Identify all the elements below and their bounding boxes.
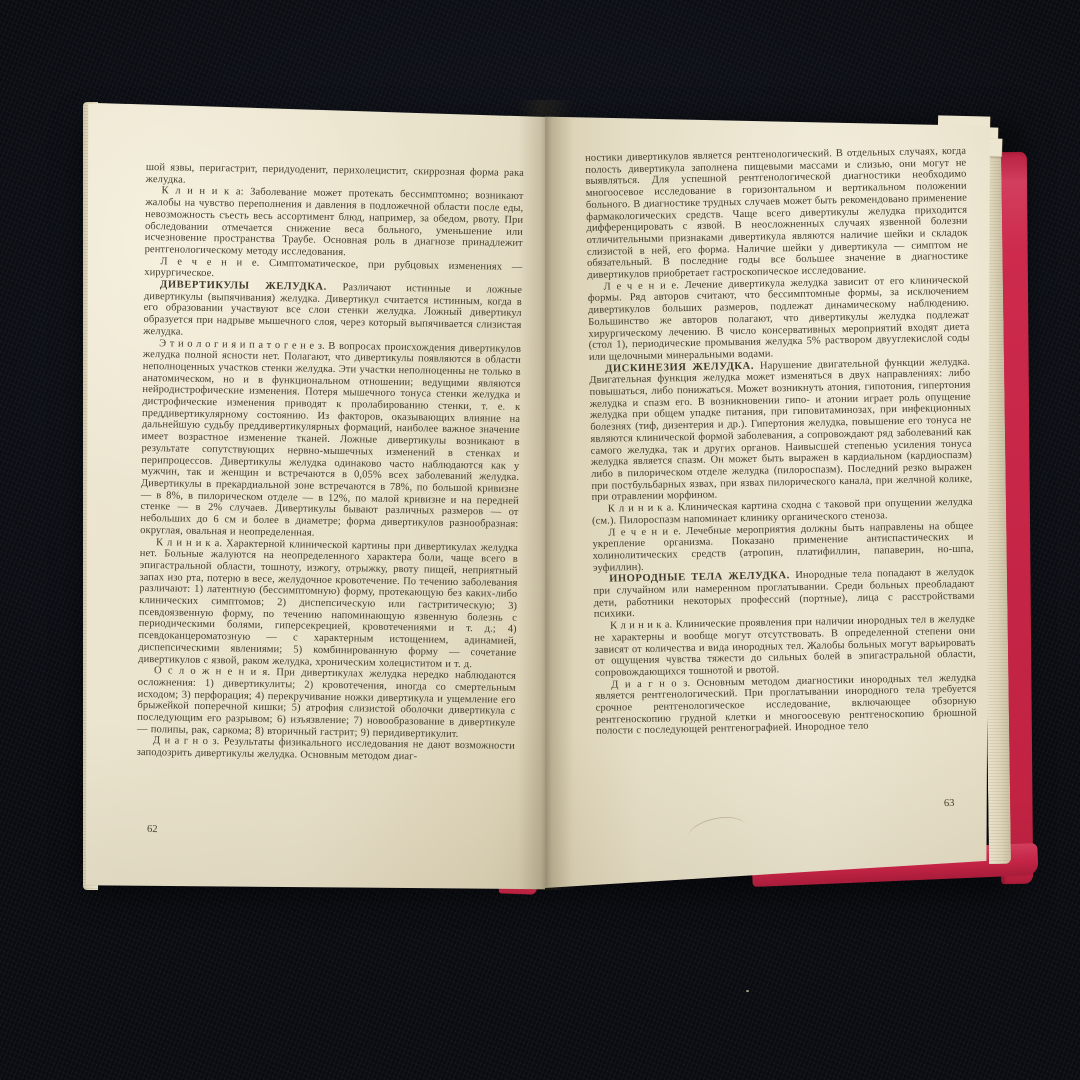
paragraph: К л и н и к а: Заболевание может протека… — [145, 185, 524, 261]
section-heading: ДИСКИНЕЗИЯ ЖЕЛУДКА. — [605, 360, 760, 374]
paragraph: К л и н и к а. Клинические проявления пр… — [594, 614, 976, 680]
dust-speck — [746, 990, 749, 992]
photo-scene: шой язвы, перигастрит, перидуоденит, пер… — [0, 0, 1080, 1080]
page-number-right: 63 — [944, 798, 955, 809]
right-page-text: ностики дивертикулов является рентгеноло… — [585, 146, 977, 738]
paragraph: Э т и о л о г и я и п а т о г е н е з. В… — [140, 338, 521, 543]
page-number-left: 62 — [147, 824, 158, 835]
paragraph: Д и а г н о з. Основным методом диагност… — [595, 672, 977, 738]
section-heading: ИНОРОДНЫЕ ТЕЛА ЖЕЛУДКА. — [609, 570, 795, 585]
paragraph: ностики дивертикулов является рентгеноло… — [585, 146, 968, 282]
paragraph: Л е ч е н и е. Лечебные мероприятия долж… — [592, 520, 974, 574]
section-heading: ДИВЕРТИКУЛЫ ЖЕЛУДКА. — [160, 279, 343, 293]
paragraph: ДИВЕРТИКУЛЫ ЖЕЛУДКА. Различают истинные … — [143, 279, 522, 343]
paragraph: О с л о ж н е н и я. При дивертикулах же… — [137, 665, 516, 741]
paragraph: ДИСКИНЕЗИЯ ЖЕЛУДКА. Нарушение двигательн… — [589, 356, 973, 504]
paragraph: ИНОРОДНЫЕ ТЕЛА ЖЕЛУДКА. Инородные тела п… — [593, 567, 975, 621]
left-page-text: шой язвы, перигастрит, перидуоденит, пер… — [137, 162, 524, 765]
paragraph: Л е ч е н и е. Лечение дивертикула желуд… — [587, 274, 970, 363]
paragraph: К л и н и к а. Характерной клинической к… — [138, 536, 518, 671]
